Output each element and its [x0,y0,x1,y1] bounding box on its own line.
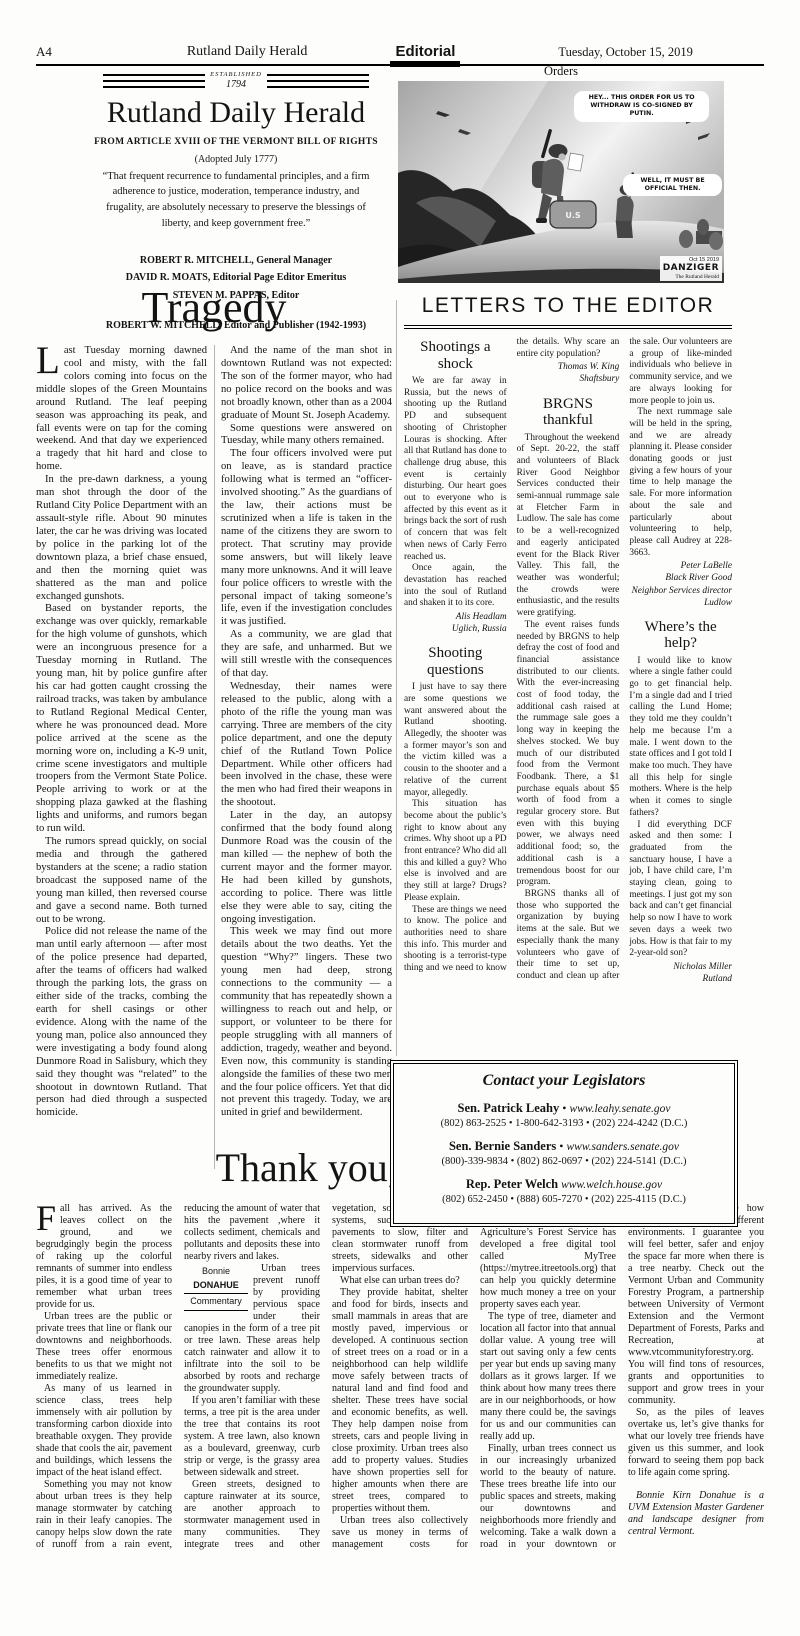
letter-signature: Alis Headlam Uglich, Russia [404,611,507,635]
established-banner: ESTABLISHED 1794 [103,72,369,90]
legislator-phones: (800)-339-9834 • (802) 862-0697 • (202) … [404,1156,724,1167]
paragraph: So, as the piles of leaves overtake us, … [628,1407,764,1479]
letter-paragraph: This situation has become about the publ… [404,799,507,904]
separator: • [559,1101,569,1115]
paragraph: The type of tree, diameter and location … [480,1311,616,1443]
legislator-phones: (802) 863-2525 • 1-800-642-3193 • (202) … [404,1118,724,1129]
letter-paragraph: The next rummage sale will be held in th… [629,407,732,559]
letters-header: LETTERS TO THE EDITOR [404,294,732,329]
legislators-box: Contact your Legislators Sen. Patrick Le… [390,1060,738,1227]
editorial-title: Tragedy [36,282,392,333]
paragraph: The rumors spread quickly, on social med… [36,836,207,926]
commentary-body: Fall has arrived. As the leaves collect … [36,1203,764,1629]
signature-title: Black River Good Neighbor Services direc… [629,572,732,596]
cartoon-image: U.S HEY... THIS ORDER FOR US TO WITHDRAW… [398,81,724,283]
legislator-url: www.welch.house.gov [561,1179,662,1191]
paragraph: They provide habitat, shelter and food f… [332,1287,468,1515]
paragraph: Last Tuesday morning dawned cool and mis… [36,345,207,474]
paragraph: Police did not release the name of the m… [36,926,207,1120]
letter-heading: Where’s the help? [635,619,726,652]
letter-paragraph: Once again, the devastation has reached … [404,563,507,610]
legislator-name: Sen. Patrick Leahy [458,1101,560,1115]
section-label: Editorial [364,43,488,64]
letter-heading: Shootings a shock [410,339,501,372]
banner-lines-left [103,74,205,88]
cartoon-signature-block: Oct 15 2019 DANZIGER The Rutland Herald [660,256,722,281]
paragraph: Based on bystander reports, the exchange… [36,603,207,836]
column-divider [396,300,397,1056]
byline-last-name: DONAHUE [184,1279,248,1295]
page-number: A4 [36,44,131,64]
issue-date: Tuesday, October 15, 2019 [487,45,764,64]
byline-role: Commentary [184,1294,248,1311]
paragraph: Later in the day, an autopsy confirmed t… [221,810,392,926]
editorial-cartoon: Orders [398,64,724,283]
letter-paragraph: We are far away in Russia, but the news … [404,376,507,563]
legislators-title: Contact your Legislators [404,1072,724,1090]
signature-place: Uglich, Russia [404,623,507,635]
letter-paragraph: I just have to say there are some questi… [404,682,507,799]
legislator-url: www.sanders.senate.gov [566,1141,679,1153]
paragraph: Fall has arrived. As the leaves collect … [36,1203,172,1311]
drop-cap: L [36,345,64,376]
byline-first-name: Bonnie [184,1265,248,1279]
signature-place: Rutland [629,973,732,985]
paragraph: In the pre-dawn darkness, a young man sh… [36,474,207,603]
drop-cap: F [36,1203,60,1232]
newspaper-name: Rutland Daily Herald [131,44,364,64]
signature-place: Shaftsbury [517,373,620,385]
signature-name: Nicholas Miller [629,961,732,973]
banner-lines-right [267,74,369,88]
letter-paragraph: I would like to know where a single fath… [629,656,732,820]
legislators-box-inner: Contact your Legislators Sen. Patrick Le… [393,1063,735,1224]
legislator-entry: Sen. Bernie Sanders • www.sanders.senate… [404,1137,724,1167]
speech-bubble-2: WELL, IT MUST BE OFFICIAL THEN. [623,174,722,196]
letter-heading: Shooting questions [410,645,501,678]
legislator-phones: (802) 652-2450 • (888) 605-7270 • (202) … [404,1194,724,1205]
cartoon-credit: The Rutland Herald [663,274,719,280]
case-label: U.S [565,211,581,220]
signature-name: Thomas W. King [517,361,620,373]
cartoon-title: Orders [398,64,724,79]
signature-name: Alis Headlam [404,611,507,623]
letters-section: LETTERS TO THE EDITOR Shootings a shock … [404,294,732,1049]
editorial-body: Last Tuesday morning dawned cool and mis… [36,345,392,1169]
letter-paragraph: I did everything DCF asked and then some… [629,820,732,960]
letter-paragraph: The event raises funds needed by BRGNS t… [517,620,620,889]
paragraph: This week we may find out more details a… [221,926,392,1120]
paragraph: And the name of the man shot in downtown… [221,345,392,423]
separator: • [556,1139,566,1153]
masthead-quote: “That frequent recurrence to fundamental… [95,169,377,232]
editorial-article: Tragedy Last Tuesday morning dawned cool… [36,282,392,1169]
paragraph: What else can urban trees do? [332,1275,468,1287]
legislator-entry: Rep. Peter Welch www.welch.house.gov (80… [404,1175,724,1205]
masthead-title: Rutland Daily Herald [85,96,387,130]
speech-bubble-1: HEY... THIS ORDER FOR US TO WITHDRAW IS … [574,91,709,122]
paragraph: If you aren’t familiar with these terms,… [184,1395,320,1479]
letters-columns: Shootings a shock We are far away in Rus… [404,337,732,1049]
legislator-name: Sen. Bernie Sanders [449,1139,556,1153]
cartoon-artist-signature: DANZIGER [663,263,719,273]
author-tagline: Bonnie Kirn Donahue is a UVM Extension M… [628,1490,764,1538]
signature-name: Peter LaBelle [629,560,732,572]
legislator-url: www.leahy.senate.gov [569,1103,670,1115]
established-badge: ESTABLISHED 1794 [210,72,262,90]
paragraph: Wednesday, their names were released to … [221,681,392,810]
signature-place: Ludlow [629,597,732,609]
paragraph: As many of us learned in science class, … [36,1383,172,1479]
masthead-subtitle: FROM ARTICLE XVIII OF THE VERMONT BILL O… [85,137,387,147]
legislator-name: Rep. Peter Welch [466,1177,558,1191]
page-header: A4 Rutland Daily Herald Editorial Tuesda… [36,38,764,66]
masthead-adopted: (Adopted July 1777) [85,154,387,165]
established-word: ESTABLISHED [210,72,262,79]
paragraph: Urban trees are the public or private tr… [36,1311,172,1383]
letter-paragraph: Throughout the weekend of Sept. 20-22, t… [517,433,620,620]
letter-signature: Thomas W. King Shaftsbury [517,361,620,385]
letter-signature: Peter LaBelle Black River Good Neighbor … [629,560,732,608]
paragraph: The four officers involved were put on l… [221,448,392,629]
established-year: 1794 [210,80,262,90]
legislator-entry: Sen. Patrick Leahy • www.leahy.senate.go… [404,1099,724,1129]
commentary-byline: Bonnie DONAHUE Commentary [184,1265,248,1311]
letter-signature: Nicholas Miller Rutland [629,961,732,985]
paragraph: Some questions were answered on Tuesday,… [221,423,392,449]
staff-line: ROBERT R. MITCHELL, General Manager [85,252,387,270]
paragraph: As a community, we are glad that they ar… [221,629,392,681]
letter-heading: BRGNS thankful [523,396,614,429]
